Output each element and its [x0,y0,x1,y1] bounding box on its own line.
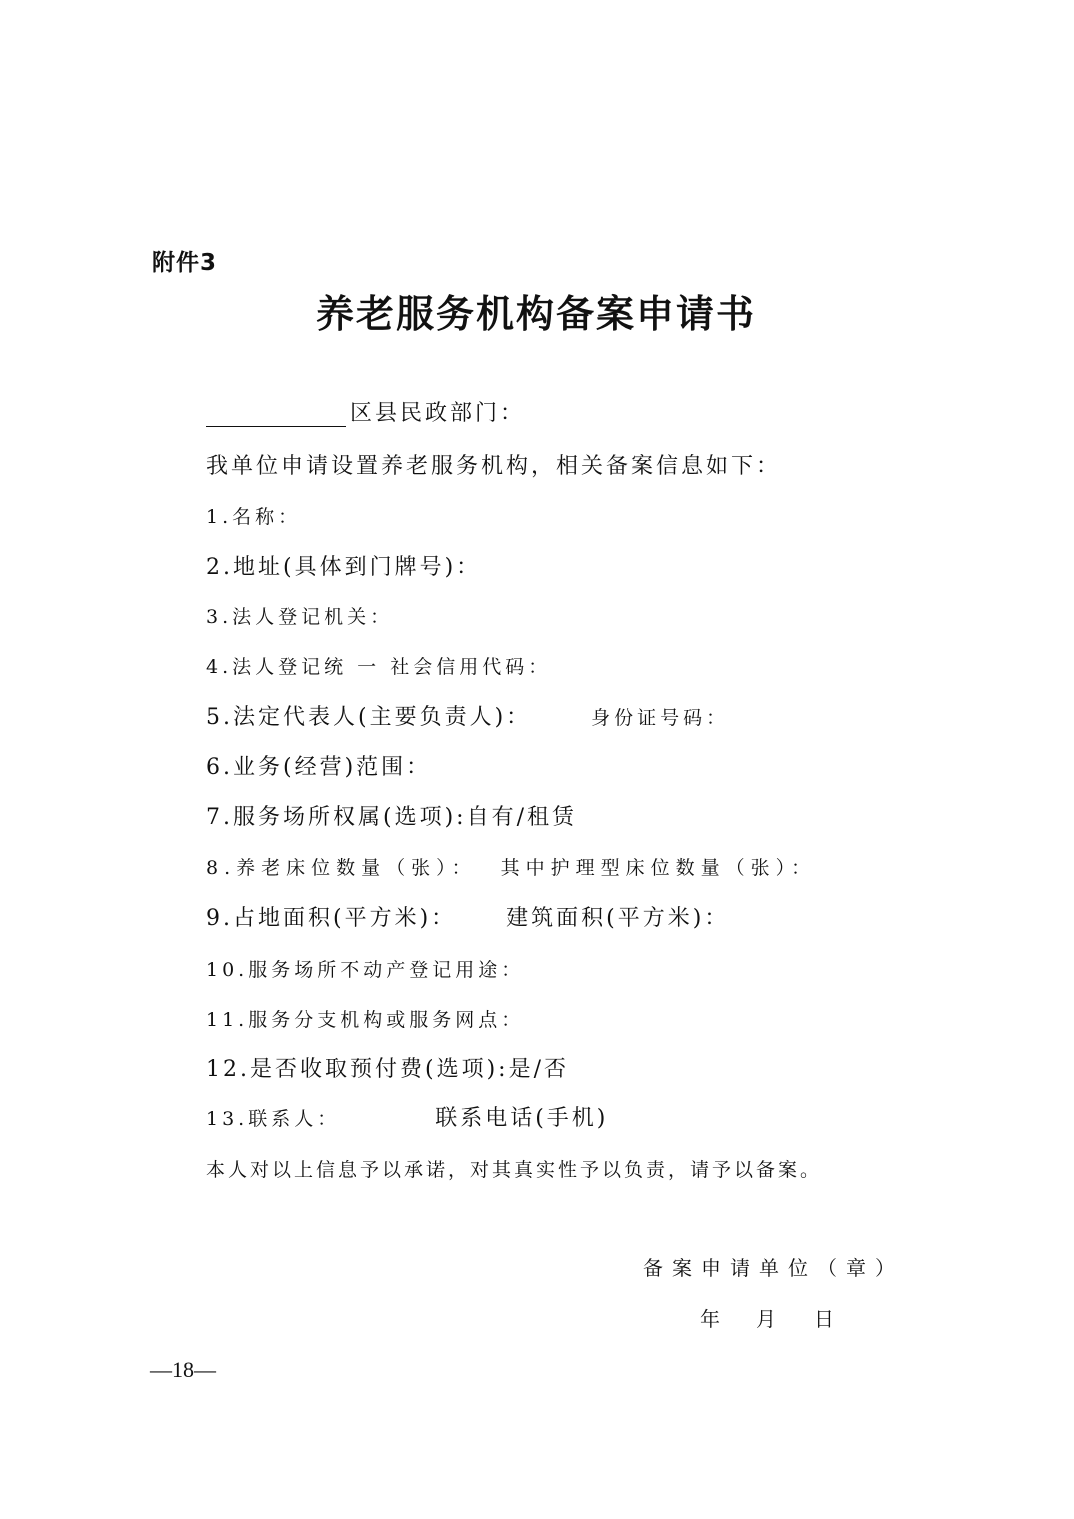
salutation-suffix: 区县民政部门： [350,401,525,426]
month-label: 月 [756,1303,776,1332]
land-area-label: 9.占地面积(平方米)： [206,906,456,931]
year-label: 年 [700,1303,720,1332]
document-title: 养老服务机构备案申请书 [0,283,1074,338]
item-credit-code: 4.法人登记统 一 社会信用代码： [206,652,551,679]
salutation: 区县民政部门： [206,396,525,427]
item-area: 9.占地面积(平方米)：建筑面积(平方米)： [206,901,729,932]
legal-representative-label: 5.法定代表人(主要负责人)： [206,705,531,730]
item-legal-representative: 5.法定代表人(主要负责人)：身份证号码： [206,700,729,731]
page-number: —18— [150,1357,216,1383]
contact-phone-label: 联系电话(手机) [435,1106,608,1131]
item-registration-authority: 3.法人登记机关： [206,602,393,629]
commitment-statement: 本人对以上信息予以承诺，对其真实性予以负责，请予以备案。 [206,1155,822,1182]
contact-person-label: 13.联系人： [206,1108,340,1130]
day-label: 日 [814,1303,834,1332]
district-blank-field[interactable] [206,400,346,427]
id-number-label: 身份证号码： [591,707,729,729]
item-contact: 13.联系人：联系电话(手机) [206,1101,608,1132]
item-branches: 11.服务分支机构或服务网点： [206,1005,524,1032]
item-premises-ownership: 7.服务场所权属(选项):自有/租赁 [206,800,577,831]
applicant-unit-seal: 备案申请单位（章） [643,1252,904,1281]
item-property-usage: 10.服务场所不动产登记用途： [206,955,524,982]
attachment-label: 附件3 [152,244,217,277]
nursing-bed-count-label: 其中护理型床位数量（张）： [501,857,817,879]
bed-count-label: 8.养老床位数量（张）： [206,857,477,879]
item-business-scope: 6.业务(经营)范围： [206,750,431,781]
signature-date: 年月日 [700,1303,834,1332]
item-bed-count: 8.养老床位数量（张）：其中护理型床位数量（张）： [206,853,816,880]
item-prepayment: 12.是否收取预付费(选项):是/否 [206,1052,569,1083]
item-name: 1.名称： [206,502,301,529]
item-address: 2.地址(具体到门牌号)： [206,550,481,581]
building-area-label: 建筑面积(平方米)： [506,906,729,931]
intro-paragraph: 我单位申请设置养老服务机构，相关备案信息如下： [206,449,781,480]
